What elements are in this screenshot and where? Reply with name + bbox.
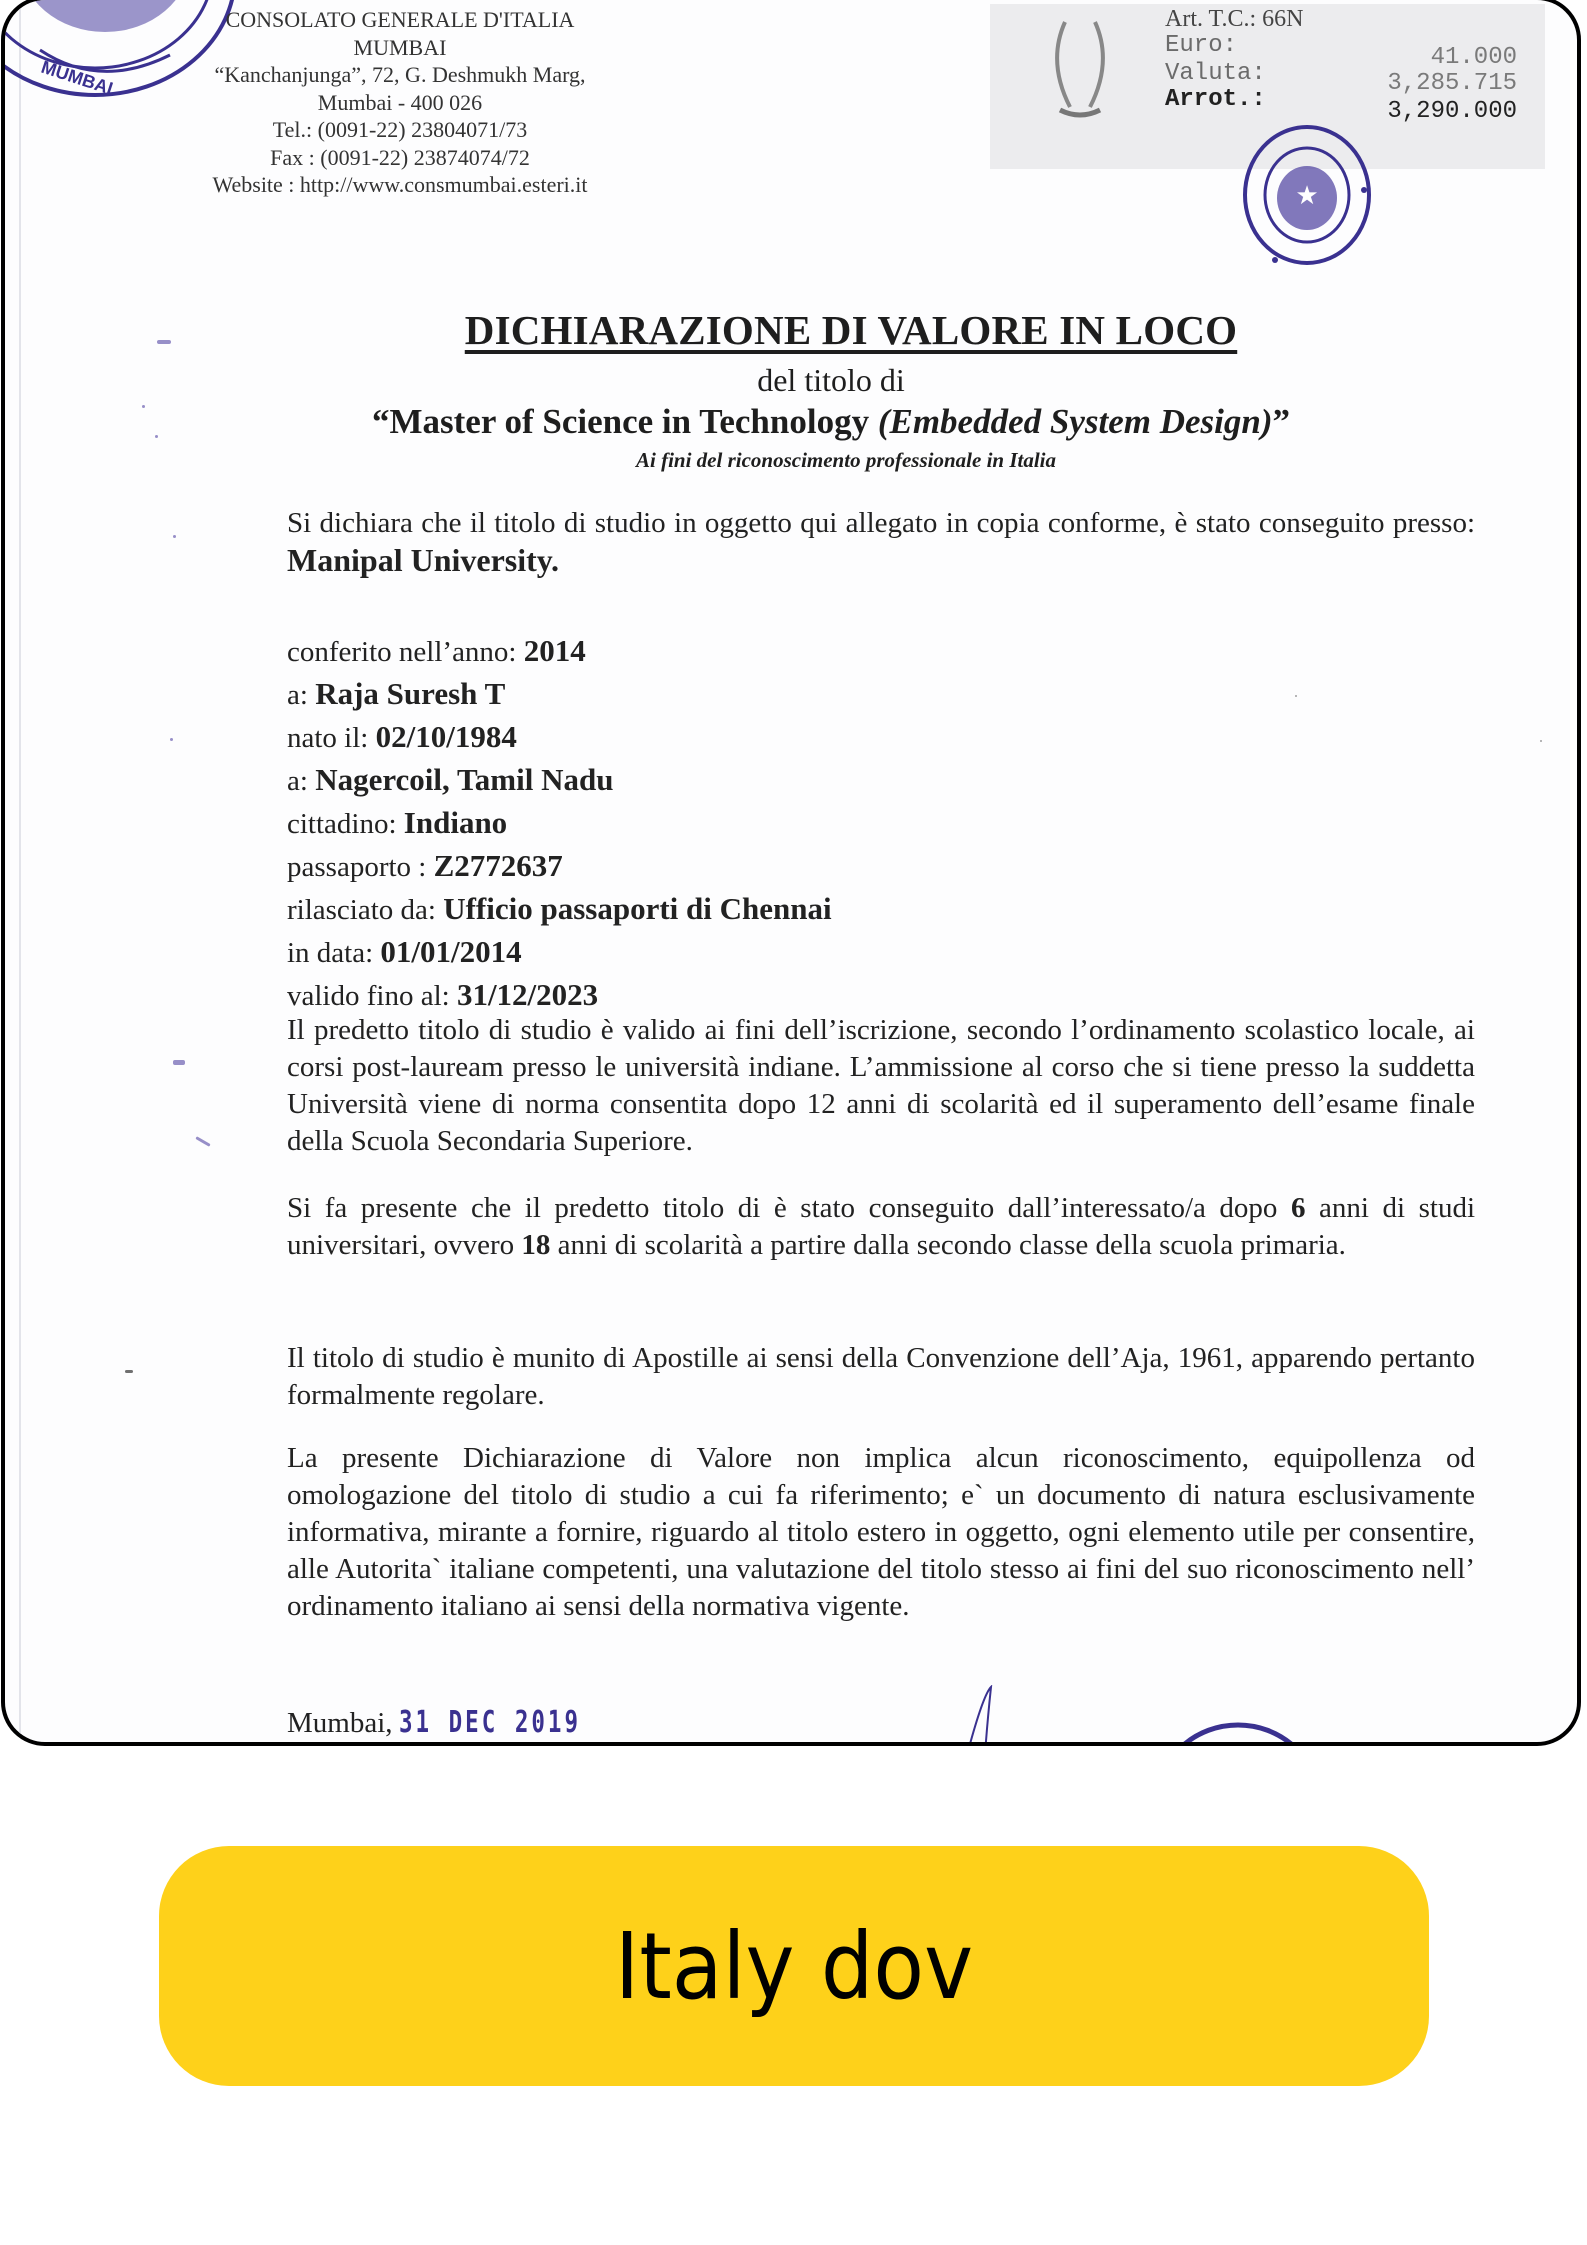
consulate-postcode: Mumbai - 400 026 <box>165 89 635 117</box>
fact-label: nato il: <box>287 722 376 754</box>
signature-stroke-icon <box>965 1685 1005 1746</box>
fact-label: a: <box>287 679 315 711</box>
years-university: 6 <box>1291 1192 1306 1224</box>
purpose-note: Ai fini del riconoscimento professionale… <box>60 448 1581 473</box>
intro-paragraph: Si dichiara che il titolo di studio in o… <box>287 505 1475 581</box>
consulate-fax: Fax : (0091-22) 23874074/72 <box>165 144 635 172</box>
institution-name: Manipal University. <box>287 542 559 578</box>
consulate-tel: Tel.: (0091-22) 23804071/73 <box>165 116 635 144</box>
fee-label-valuta: Valuta: <box>1165 60 1266 87</box>
fact-value: 02/10/1984 <box>376 719 517 754</box>
validity-paragraph: Il predetto titolo di studio è valido ai… <box>287 1012 1475 1160</box>
fact-birth-place: a: Nagercoil, Tamil Nadu <box>287 759 1475 802</box>
degree-name: “Master of Science in Technology <box>372 402 878 441</box>
fact-value: 31/12/2023 <box>457 977 598 1012</box>
place-text: Mumbai, <box>287 1707 393 1739</box>
svg-text:★: ★ <box>1295 181 1318 210</box>
fact-issued-by: rilasciato da: Ufficio passaporti di Che… <box>287 888 1475 931</box>
apostille-paragraph: Il titolo di studio è munito di Apostill… <box>287 1340 1475 1414</box>
fee-value-arrot: 3,290.000 <box>1387 98 1517 125</box>
date-stamp: 31 DEC 2019 <box>399 1705 581 1740</box>
fact-value: 01/01/2014 <box>380 934 521 969</box>
fact-label: in data: <box>287 937 380 969</box>
fact-label: valido fino al: <box>287 980 457 1012</box>
svg-text:ATO GEN: ATO GEN <box>1193 1743 1283 1746</box>
fact-citizenship: cittadino: Indiano <box>287 802 1475 845</box>
consulate-address: “Kanchanjunga”, 72, G. Deshmukh Marg, <box>165 61 635 89</box>
italy-dov-label: Italy dov <box>615 1913 973 2020</box>
fee-label-arrot: Arrot.: <box>1165 86 1266 113</box>
fact-issue-date: in data: 01/01/2014 <box>287 931 1475 974</box>
fee-value-valuta: 3,285.715 <box>1387 70 1517 97</box>
consulate-header: CONSOLATO GENERALE D'ITALIA MUMBAI “Kanc… <box>165 6 635 199</box>
fact-label: a: <box>287 765 315 797</box>
consulate-name: CONSOLATO GENERALE D'ITALIA <box>165 6 635 34</box>
fact-value: Indiano <box>404 805 507 840</box>
document-title: DICHIARAZIONE DI VALORE IN LOCO <box>65 306 1581 354</box>
fact-passport: passaporto : Z2772637 <box>287 845 1475 888</box>
fact-value: Z2772637 <box>434 848 563 883</box>
fact-value: Raja Suresh T <box>315 676 505 711</box>
fact-value: Nagercoil, Tamil Nadu <box>315 762 613 797</box>
fact-label: rilasciato da: <box>287 894 443 926</box>
consulate-city: MUMBAI <box>165 34 635 62</box>
document-title-text: DICHIARAZIONE DI VALORE IN LOCO <box>465 307 1237 353</box>
years-total: 18 <box>521 1229 550 1261</box>
fact-year: conferito nell’anno: 2014 <box>287 630 1475 673</box>
degree-specialization: (Embedded System Design) <box>878 402 1273 441</box>
fact-label: cittadino: <box>287 808 404 840</box>
document-preview-card: MUMBAI CONSOLATO GENERALE D'ITALIA MUMBA… <box>1 0 1581 1746</box>
years-text-1: Si fa presente che il predetto titolo di… <box>287 1192 1291 1224</box>
fee-value-euro: 41.000 <box>1431 44 1517 71</box>
fee-label-euro: Euro: <box>1165 32 1237 59</box>
degree-close-quote: ” <box>1273 402 1291 441</box>
years-paragraph: Si fa presente che il predetto titolo di… <box>287 1190 1475 1264</box>
degree-title: “Master of Science in Technology (Embedd… <box>45 402 1581 442</box>
fee-article: Art. T.C.: 66N <box>1165 6 1303 33</box>
document-subtitle: del titolo di <box>45 362 1581 399</box>
consulate-seal-top-right-icon: ★ <box>1240 120 1375 270</box>
fact-birth-date: nato il: 02/10/1984 <box>287 716 1475 759</box>
fact-value: 2014 <box>524 633 586 668</box>
fact-label: conferito nell’anno: <box>287 636 524 668</box>
holder-facts-list: conferito nell’anno: 2014 a: Raja Suresh… <box>287 630 1475 1017</box>
republic-emblem-icon <box>1045 12 1115 122</box>
fact-label: passaporto : <box>287 851 434 883</box>
disclaimer-paragraph: La presente Dichiarazione di Valore non … <box>287 1440 1475 1625</box>
consulate-website: Website : http://www.consmumbai.esteri.i… <box>165 171 635 199</box>
fact-valid-until: valido fino al: 31/12/2023 <box>287 974 1475 1017</box>
scan-edge-line <box>19 0 21 1742</box>
italy-dov-button[interactable]: Italy dov <box>159 1846 1429 2086</box>
years-text-3: anni di scolarità a partire dalla second… <box>550 1229 1346 1261</box>
intro-text: Si dichiara che il titolo di studio in o… <box>287 507 1475 539</box>
fact-value: Ufficio passaporti di Chennai <box>443 891 831 926</box>
consulate-seal-bottom-icon: ATO GEN <box>1153 1720 1323 1746</box>
